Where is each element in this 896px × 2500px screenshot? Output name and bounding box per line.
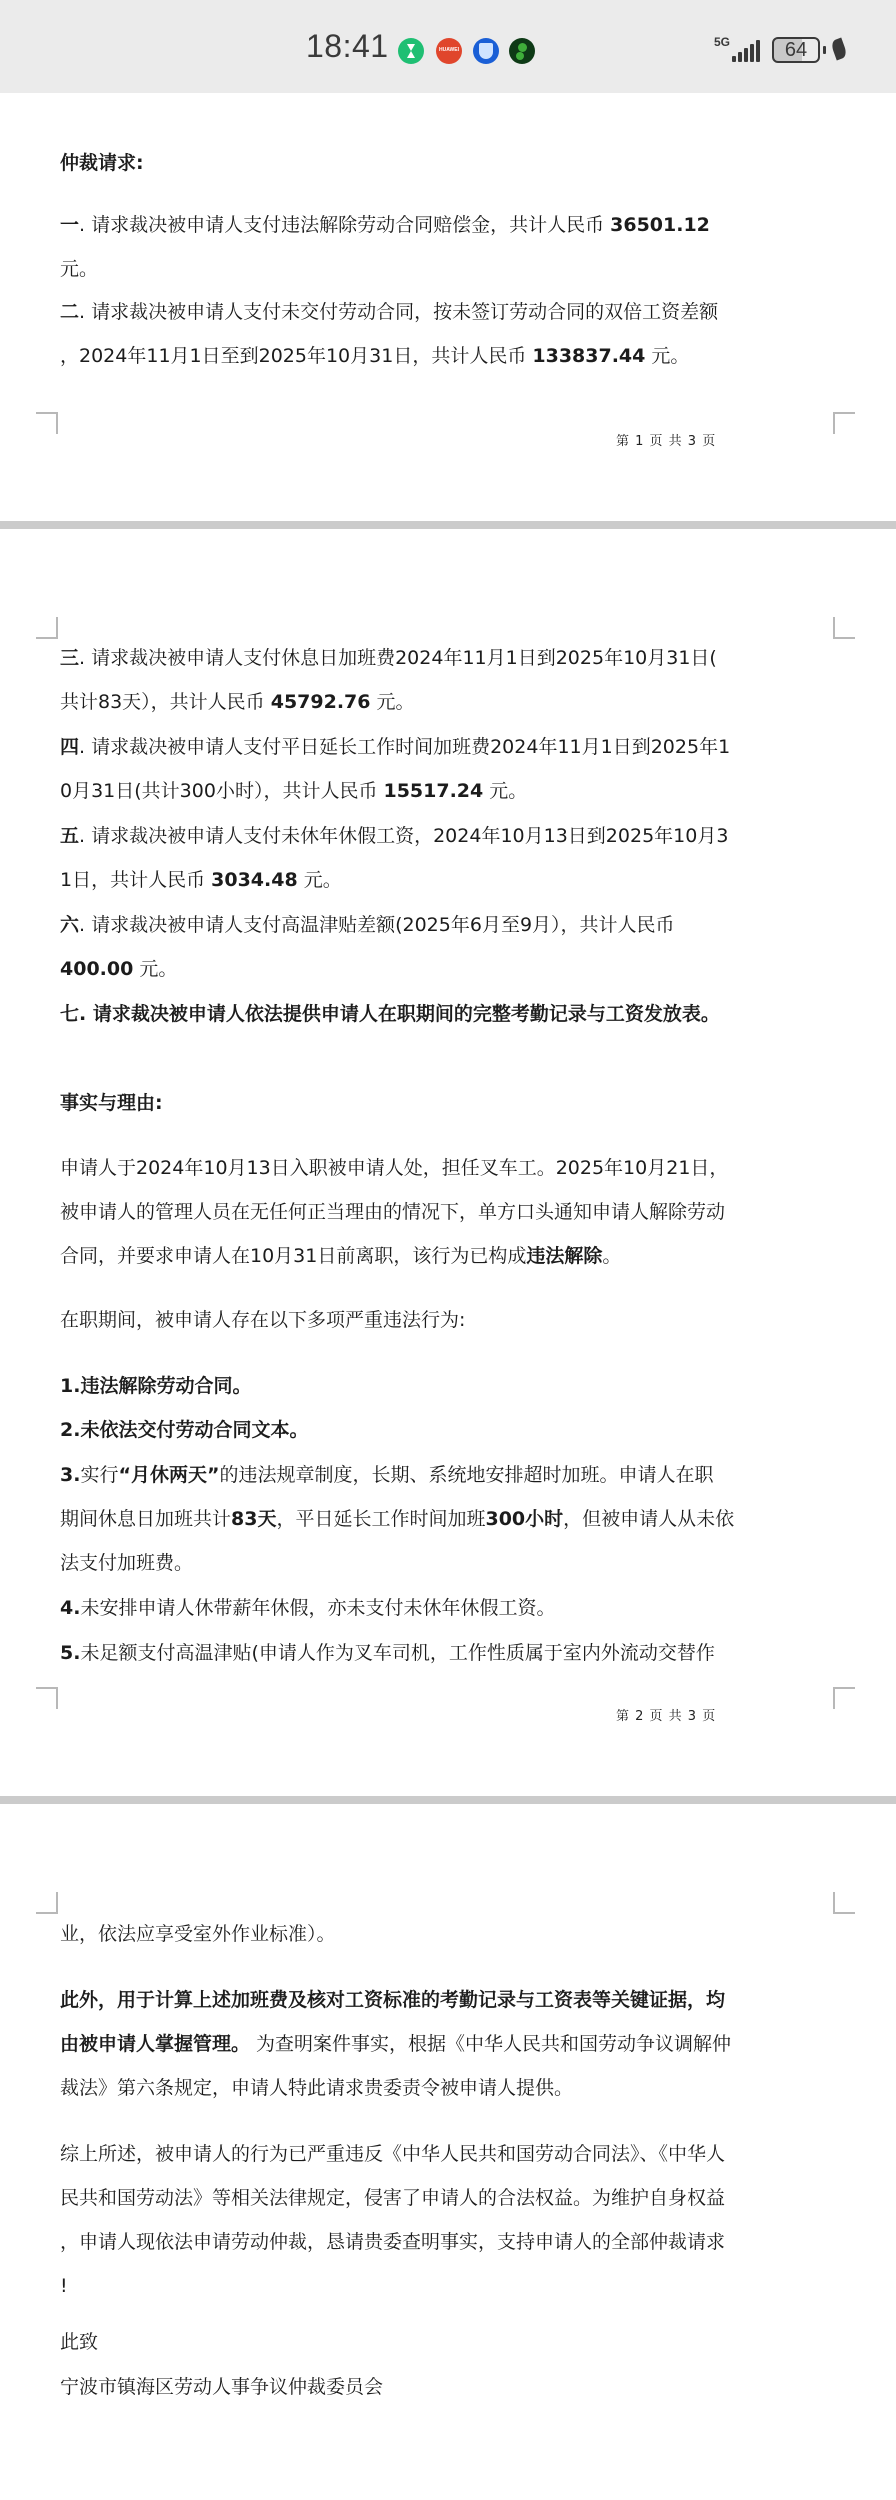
claim-number: 六 xyxy=(60,914,79,936)
page-footer: 第 1 页 共 3 页 xyxy=(616,430,716,449)
claim-text-cont: 0月31日(共计300小时），共计人民币 xyxy=(60,780,383,802)
salutation: 此致 xyxy=(60,2320,840,2364)
conclusion-line: 民共和国劳动法》等相关法律规定，侵害了申请人的合法权益。为维护自身权益 xyxy=(60,2187,725,2209)
claim-text: . 请求裁决被申请人支付高温津贴差额(2025年6月至9月），共计人民币 xyxy=(79,914,675,936)
claim-text: . 请求裁决被申请人支付未休年休假工资，2024年10月13日到2025年10月… xyxy=(79,825,728,847)
page-corner-mark xyxy=(833,1687,855,1709)
claim-number: 一 xyxy=(60,214,79,236)
evidence-emphasis: 由被申请人掌握管理。 xyxy=(60,2033,250,2055)
violation-text: ，但被申请人从未依 xyxy=(563,1508,734,1530)
claim-2: 二. 请求裁决被申请人支付未交付劳动合同，按未签订劳动合同的双倍工资差额 ，20… xyxy=(60,290,840,378)
page-corner-mark xyxy=(833,1892,855,1914)
evidence-emphasis: 此外，用于计算上述加班费及核对工资标准的考勤记录与工资表等关键证据，均 xyxy=(60,1989,725,2011)
signal-strength-icon xyxy=(732,40,762,62)
huawei-app-icon: HUAWEI xyxy=(436,38,462,64)
page-corner-mark xyxy=(36,617,58,639)
page-separator xyxy=(0,1796,896,1804)
violation-number: 5. xyxy=(60,1642,80,1664)
battery-percent: 64 xyxy=(785,39,807,61)
violation-3: 3.实行“月休两天”的违法规章制度，长期、系统地安排超时加班。申请人在职 期间休… xyxy=(60,1453,840,1585)
page-corner-mark xyxy=(36,1892,58,1914)
claim-number: 三 xyxy=(60,647,79,669)
facts-line: 申请人于2024年10月13日入职被申请人处，担任叉车工。2025年10月21日… xyxy=(60,1157,728,1179)
conclusion-line: 综上所述，被申请人的行为已严重违反《中华人民共和国劳动合同法》、《中华人 xyxy=(60,2143,725,2165)
huawei-label: HUAWEI xyxy=(439,47,459,53)
violation-text: 未足额支付高温津贴(申请人作为叉车司机，工作性质属于室内外流动交替作 xyxy=(80,1642,714,1664)
violation-5: 5.未足额支付高温津贴(申请人作为叉车司机，工作性质属于室内外流动交替作 xyxy=(60,1631,840,1675)
hourglass-app-icon xyxy=(398,38,424,64)
battery-tip-icon xyxy=(823,46,826,54)
violation-text: 法支付加班费。 xyxy=(60,1552,193,1574)
battery-icon: 64 xyxy=(772,37,820,63)
claim-text-cont: 共计83天），共计人民币 xyxy=(60,691,271,713)
violation-text: 的违法规章制度，长期、系统地安排超时加班。申请人在职 xyxy=(219,1464,713,1486)
claim-amount: 36501.12 xyxy=(610,214,710,236)
violation-emphasis: 83天 xyxy=(231,1508,276,1530)
claim-5: 五. 请求裁决被申请人支付未休年休假工资，2024年10月13日到2025年10… xyxy=(60,814,840,902)
conclusion-line: ! xyxy=(60,2275,68,2297)
claim-unit: 元。 xyxy=(483,780,527,802)
claim-text-cont: 1日，共计人民币 xyxy=(60,869,211,891)
power-saving-leaf-icon xyxy=(830,38,848,61)
claim-unit: 元。 xyxy=(298,869,342,891)
evidence-text: 裁法》第六条规定，申请人特此请求贵委责令被申请人提供。 xyxy=(60,2077,573,2099)
claim-amount: 400.00 xyxy=(60,958,133,980)
violation-text: 未安排申请人休带薪年休假，亦未支付未休年休假工资。 xyxy=(80,1597,555,1619)
evidence-paragraph: 此外，用于计算上述加班费及核对工资标准的考勤记录与工资表等关键证据，均 由被申请… xyxy=(60,1978,840,2110)
section-heading-claims: 仲裁请求: xyxy=(60,141,840,185)
claim-number: 四 xyxy=(60,736,79,758)
network-type: 5G xyxy=(714,36,730,48)
violation-number: 3. xyxy=(60,1464,80,1486)
violation-1: 1.违法解除劳动合同。 xyxy=(60,1364,840,1408)
violation-4: 4.未安排申请人休带薪年休假，亦未支付未休年休假工资。 xyxy=(60,1586,840,1630)
page-separator xyxy=(0,521,896,529)
claim-text: . 请求裁决被申请人支付未交付劳动合同，按未签订劳动合同的双倍工资差额 xyxy=(79,301,718,323)
violation-5-continued: 业，依法应享受室外作业标准）。 xyxy=(60,1912,840,1956)
violation-number: 4. xyxy=(60,1597,80,1619)
section-heading-facts: 事实与理由: xyxy=(60,1081,840,1125)
claim-unit: 元。 xyxy=(133,958,177,980)
clock: 18:41 xyxy=(306,28,389,65)
claim-1: 一. 请求裁决被申请人支付违法解除劳动合同赔偿金，共计人民币 36501.12 … xyxy=(60,203,840,291)
claim-text: . 请求裁决被申请人支付休息日加班费2024年11月1日到2025年10月31日… xyxy=(79,647,717,669)
claim-4: 四. 请求裁决被申请人支付平日延长工作时间加班费2024年11月1日到2025年… xyxy=(60,725,840,813)
claim-text-cont: ，2024年11月1日至到2025年10月31日，共计人民币 xyxy=(60,345,532,367)
claim-number: 二 xyxy=(60,301,79,323)
claim-text: . 请求裁决被申请人依法提供申请人在职期间的完整考勤记录与工资发放表。 xyxy=(79,1003,720,1025)
claim-amount: 133837.44 xyxy=(532,345,645,367)
clover-app-icon xyxy=(509,38,535,64)
page-corner-mark xyxy=(36,1687,58,1709)
evidence-text: 为查明案件事实，根据《中华人民共和国劳动争议调解仲 xyxy=(250,2033,731,2055)
violation-text: ，平日延长工作时间加班 xyxy=(276,1508,485,1530)
violation-emphasis: “月休两天” xyxy=(118,1464,219,1486)
claim-amount: 15517.24 xyxy=(383,780,483,802)
claim-3: 三. 请求裁决被申请人支付休息日加班费2024年11月1日到2025年10月31… xyxy=(60,636,840,724)
page-footer: 第 2 页 共 3 页 xyxy=(616,1705,716,1724)
facts-line: 合同，并要求申请人在10月31日前离职，该行为已构成 xyxy=(60,1245,526,1267)
facts-paragraph-1: 申请人于2024年10月13日入职被申请人处，担任叉车工。2025年10月21日… xyxy=(60,1146,840,1278)
claim-number: 五 xyxy=(60,825,79,847)
claim-text: . 请求裁决被申请人支付平日延长工作时间加班费2024年11月1日到2025年1 xyxy=(79,736,730,758)
claim-unit: 元。 xyxy=(370,691,414,713)
shield-app-icon xyxy=(473,38,499,64)
violation-text: 实行 xyxy=(80,1464,118,1486)
claim-text: . 请求裁决被申请人支付违法解除劳动合同赔偿金，共计人民币 xyxy=(79,214,610,236)
claim-number: 七 xyxy=(60,1003,79,1025)
violation-2: 2.未依法交付劳动合同文本。 xyxy=(60,1408,840,1452)
page-corner-mark xyxy=(833,412,855,434)
facts-line: 被申请人的管理人员在无任何正当理由的情况下，单方口头通知申请人解除劳动 xyxy=(60,1201,725,1223)
page-corner-mark xyxy=(36,412,58,434)
claim-unit: 元。 xyxy=(645,345,689,367)
violation-emphasis: 300小时 xyxy=(485,1508,563,1530)
conclusion-line: ，申请人现依法申请劳动仲裁，恳请贵委查明事实，支持申请人的全部仲裁请求 xyxy=(60,2231,725,2253)
claim-amount: 3034.48 xyxy=(211,869,298,891)
claim-6: 六. 请求裁决被申请人支付高温津贴差额(2025年6月至9月），共计人民币 40… xyxy=(60,903,840,991)
claim-unit: 元。 xyxy=(60,258,98,280)
facts-emphasis: 违法解除 xyxy=(526,1245,602,1267)
conclusion-paragraph: 综上所述，被申请人的行为已严重违反《中华人民共和国劳动合同法》、《中华人 民共和… xyxy=(60,2132,840,2308)
status-bar: 18:41 HUAWEI 5G 64 xyxy=(0,0,896,93)
facts-line-end: 。 xyxy=(602,1245,621,1267)
facts-paragraph-2: 在职期间，被申请人存在以下多项严重违法行为: xyxy=(60,1298,840,1342)
recipient: 宁波市镇海区劳动人事争议仲裁委员会 xyxy=(60,2365,840,2409)
violation-text: 期间休息日加班共计 xyxy=(60,1508,231,1530)
claim-7: 七. 请求裁决被申请人依法提供申请人在职期间的完整考勤记录与工资发放表。 xyxy=(60,992,840,1036)
claim-amount: 45792.76 xyxy=(271,691,371,713)
